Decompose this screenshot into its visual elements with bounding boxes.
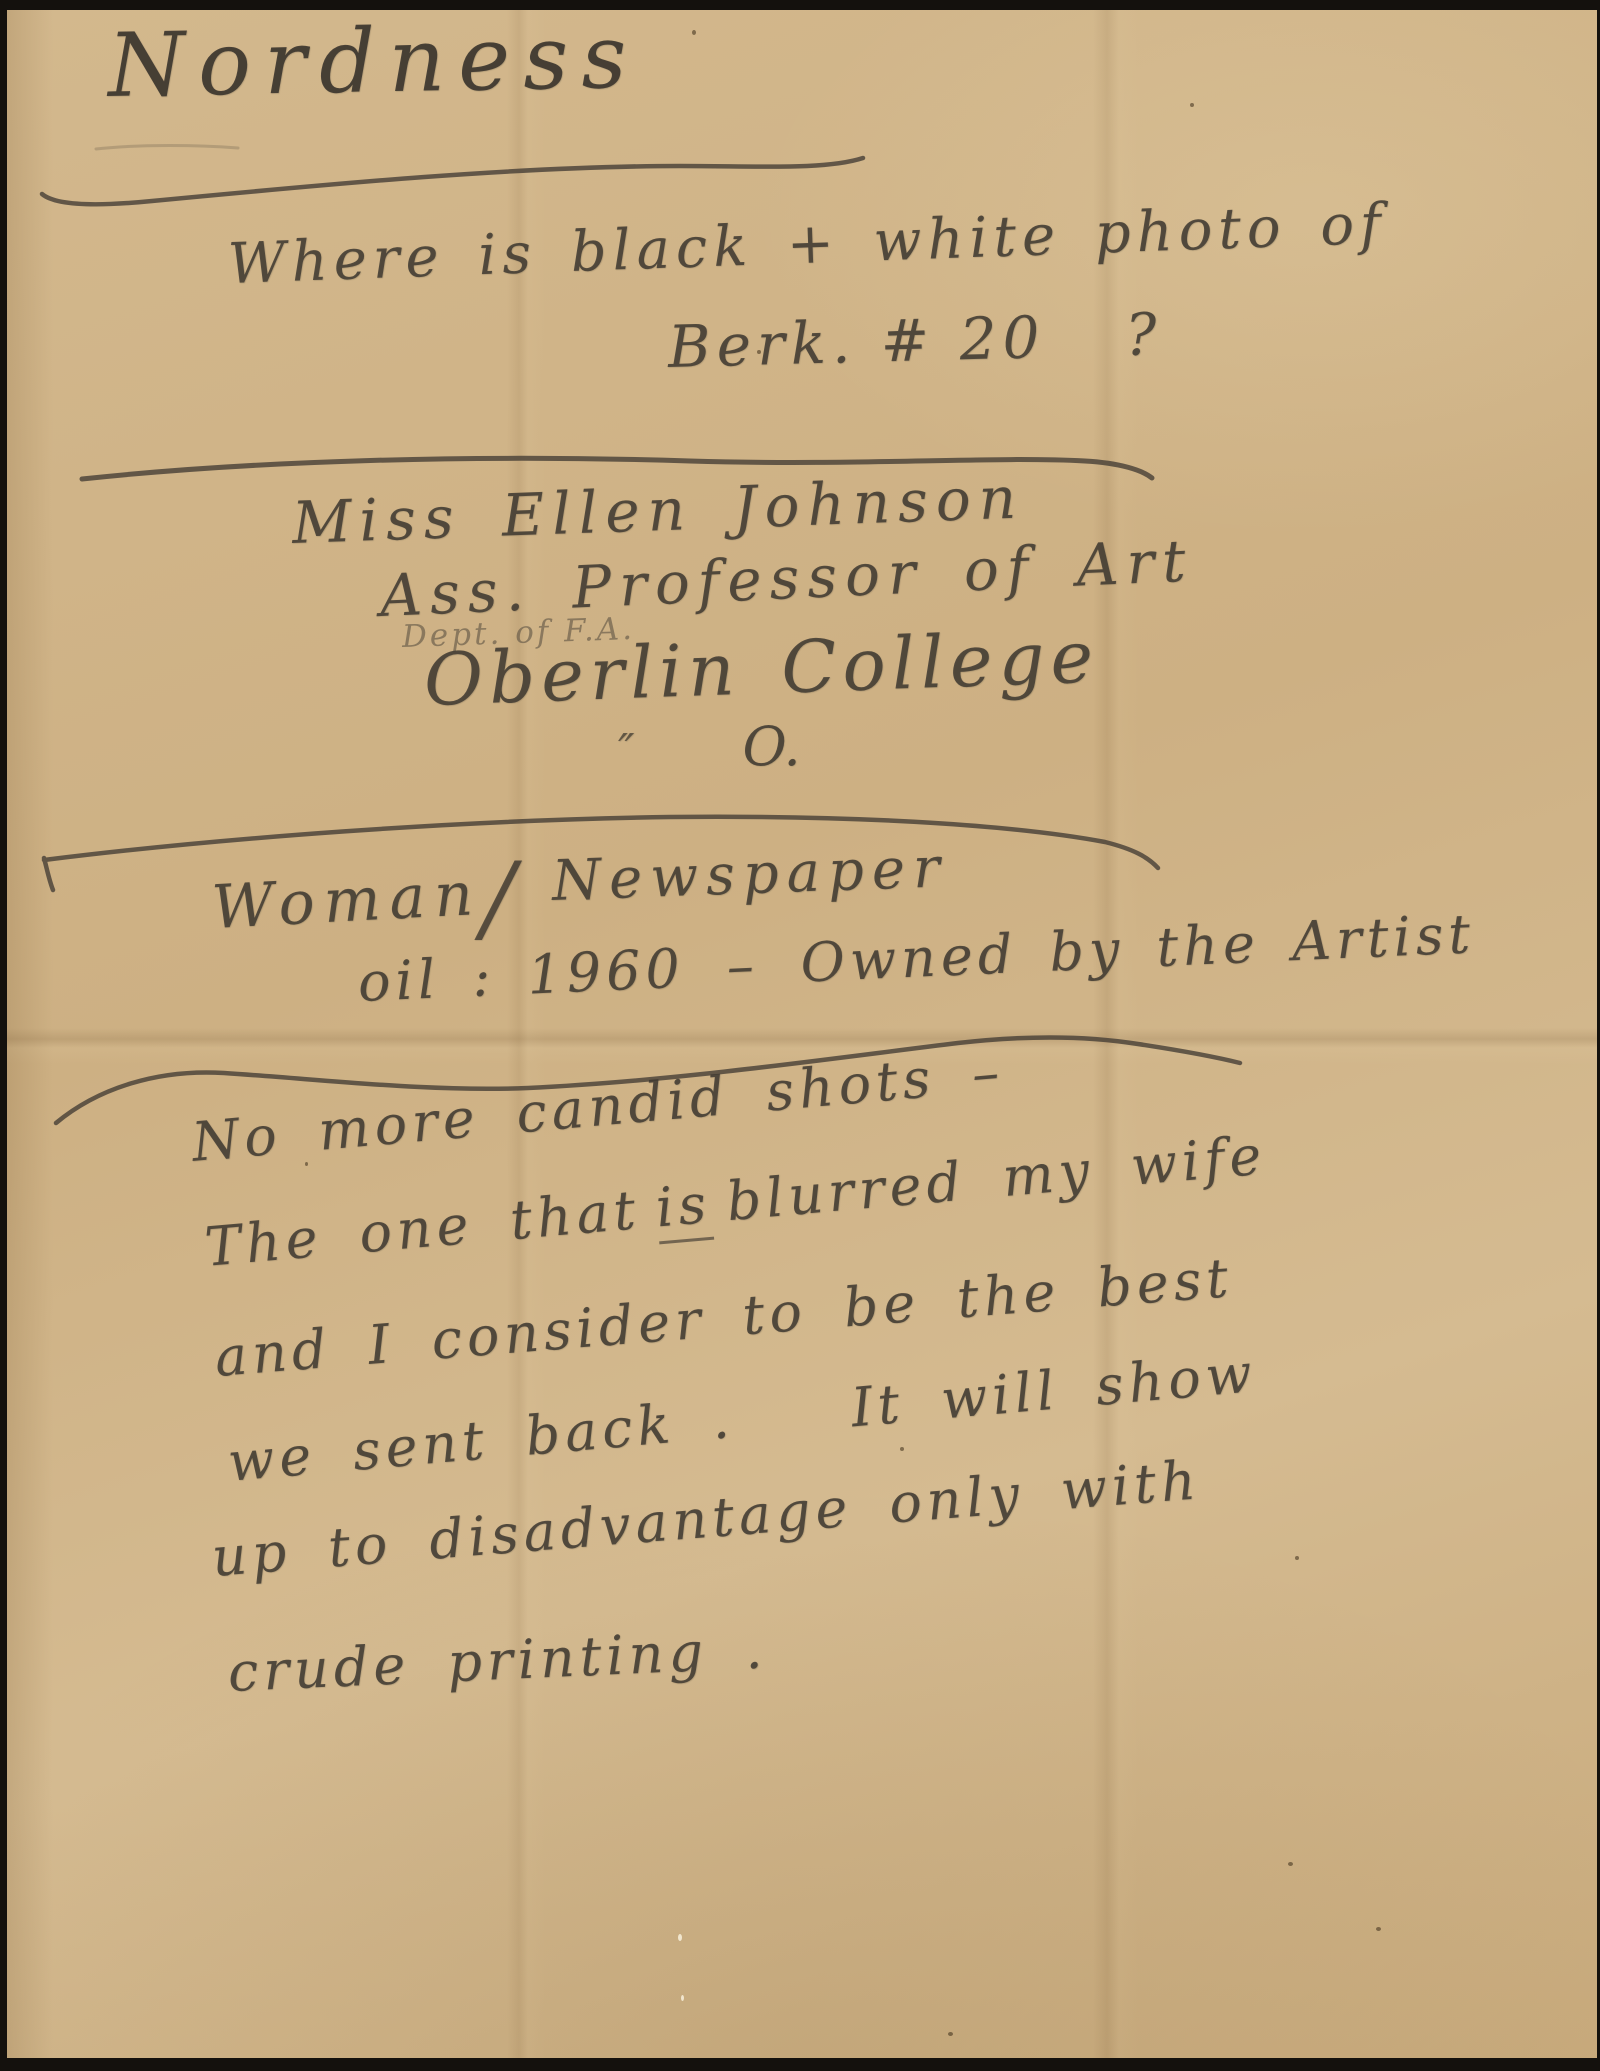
recipient-state: O. bbox=[742, 720, 800, 774]
page-title: Nordness bbox=[107, 13, 640, 110]
artwork-title-word-2: Newspaper bbox=[551, 840, 949, 910]
artwork-title-slash: / bbox=[482, 850, 514, 946]
artwork-medium-year: oil : 1960 bbox=[357, 942, 686, 1010]
paper-speck bbox=[900, 1447, 904, 1451]
paper-speck bbox=[948, 2032, 953, 2036]
paper-speck bbox=[1190, 103, 1194, 107]
artwork-dash: – bbox=[725, 939, 759, 994]
memo-line-2-underlined-word: is bbox=[653, 1172, 714, 1245]
question-line-2-text: Berk. # 20 bbox=[667, 308, 1046, 376]
paper-speck bbox=[678, 1934, 682, 1941]
ditto-mark: ″ bbox=[618, 729, 634, 773]
paper-speck bbox=[681, 1995, 684, 2001]
question-mark: ? bbox=[1125, 305, 1164, 364]
recipient-city-line: ″ O. bbox=[618, 720, 801, 774]
paper-speck bbox=[692, 30, 696, 35]
paper-speck bbox=[1288, 1862, 1293, 1866]
scanned-note-page: Nordness Where is black + white photo of… bbox=[0, 0, 1600, 2071]
paper-speck bbox=[1376, 1927, 1381, 1931]
paper-speck bbox=[1295, 1556, 1299, 1560]
recipient-institution: Oberlin College bbox=[423, 620, 1100, 716]
paper-speck bbox=[305, 1162, 308, 1166]
artwork-title-word-1: Woman bbox=[210, 864, 483, 938]
paper-speck bbox=[757, 350, 761, 354]
